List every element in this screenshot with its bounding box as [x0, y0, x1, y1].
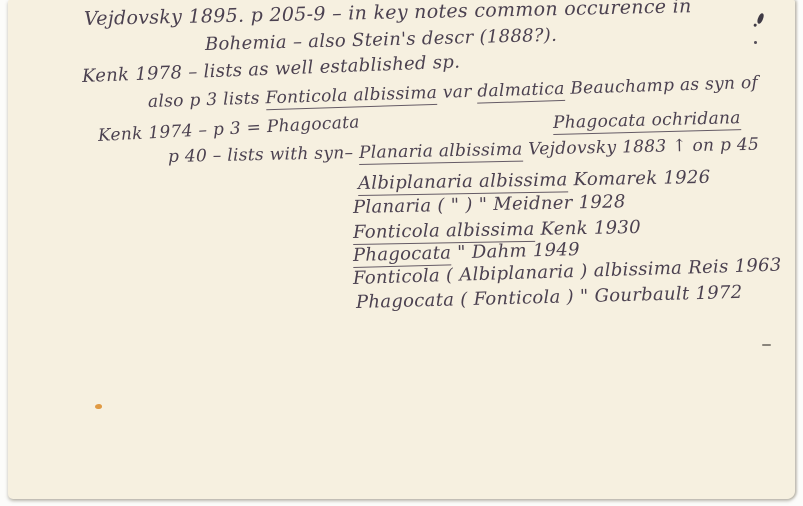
- handwriting-text: Komarek 1926: [567, 167, 710, 190]
- handwritten-line-8: Albiplanaria albissima Komarek 1926: [358, 167, 711, 194]
- handwritten-line-1: Vejdovsky 1895. p 205-9 – in key notes c…: [84, 0, 692, 30]
- rust-spot: [95, 404, 102, 409]
- handwriting-text: Kenk 1978 – lists as well established sp…: [82, 51, 461, 87]
- handwriting-text: Kenk 1974 – p 3 = Phagocata: [97, 112, 360, 146]
- handwriting-text: var: [437, 82, 478, 103]
- underlined-taxon-name: dalmatica: [477, 79, 565, 104]
- handwritten-line-7: p 40 – lists with syn– Planaria albissim…: [168, 135, 760, 167]
- handwritten-line-2: Bohemia – also Stein's descr (1888?).: [205, 25, 558, 55]
- handwriting-text: Vejdovsky 1883 ↑ on p 45: [522, 135, 759, 160]
- handwriting-text: Kenk 1930: [534, 217, 641, 240]
- handwriting-text: " Dahm 1949: [451, 239, 580, 263]
- handwriting-text: p 40 – lists with syn–: [168, 143, 359, 167]
- pencil-dash: [762, 344, 771, 346]
- underlined-taxon-name: Phagocata ochridana: [553, 108, 741, 135]
- handwriting-text: Planaria ( " ) " Meidner 1928: [353, 191, 626, 218]
- handwritten-line-10: Fonticola albissima Kenk 1930: [353, 217, 641, 243]
- handwritten-line-6: Kenk 1974 – p 3 = Phagocata: [97, 112, 360, 146]
- handwriting-text: also p 3 lists: [148, 88, 266, 112]
- handwritten-line-9: Planaria ( " ) " Meidner 1928: [353, 191, 626, 218]
- underlined-taxon-name: Planaria albissima: [359, 140, 523, 165]
- ink-blot: [756, 12, 764, 24]
- ink-dot: [754, 41, 757, 44]
- underlined-taxon-name: Albiplanaria albissima: [358, 169, 568, 196]
- handwritten-line-3: Kenk 1978 – lists as well established sp…: [82, 51, 461, 87]
- index-card: Vejdovsky 1895. p 205-9 – in key notes c…: [8, 0, 795, 499]
- handwriting-text: Vejdovsky 1895. p 205-9 – in key notes c…: [84, 0, 692, 30]
- scan-background: Vejdovsky 1895. p 205-9 – in key notes c…: [0, 0, 803, 506]
- handwriting-text: Bohemia – also Stein's descr (1888?).: [205, 25, 558, 55]
- underlined-taxon-name: Fonticola albissima: [265, 83, 437, 110]
- handwritten-line-5: Phagocata ochridana: [553, 108, 741, 133]
- handwriting-text: Beauchamp as syn of: [564, 73, 758, 99]
- underlined-taxon-name: Phagocata: [353, 242, 452, 268]
